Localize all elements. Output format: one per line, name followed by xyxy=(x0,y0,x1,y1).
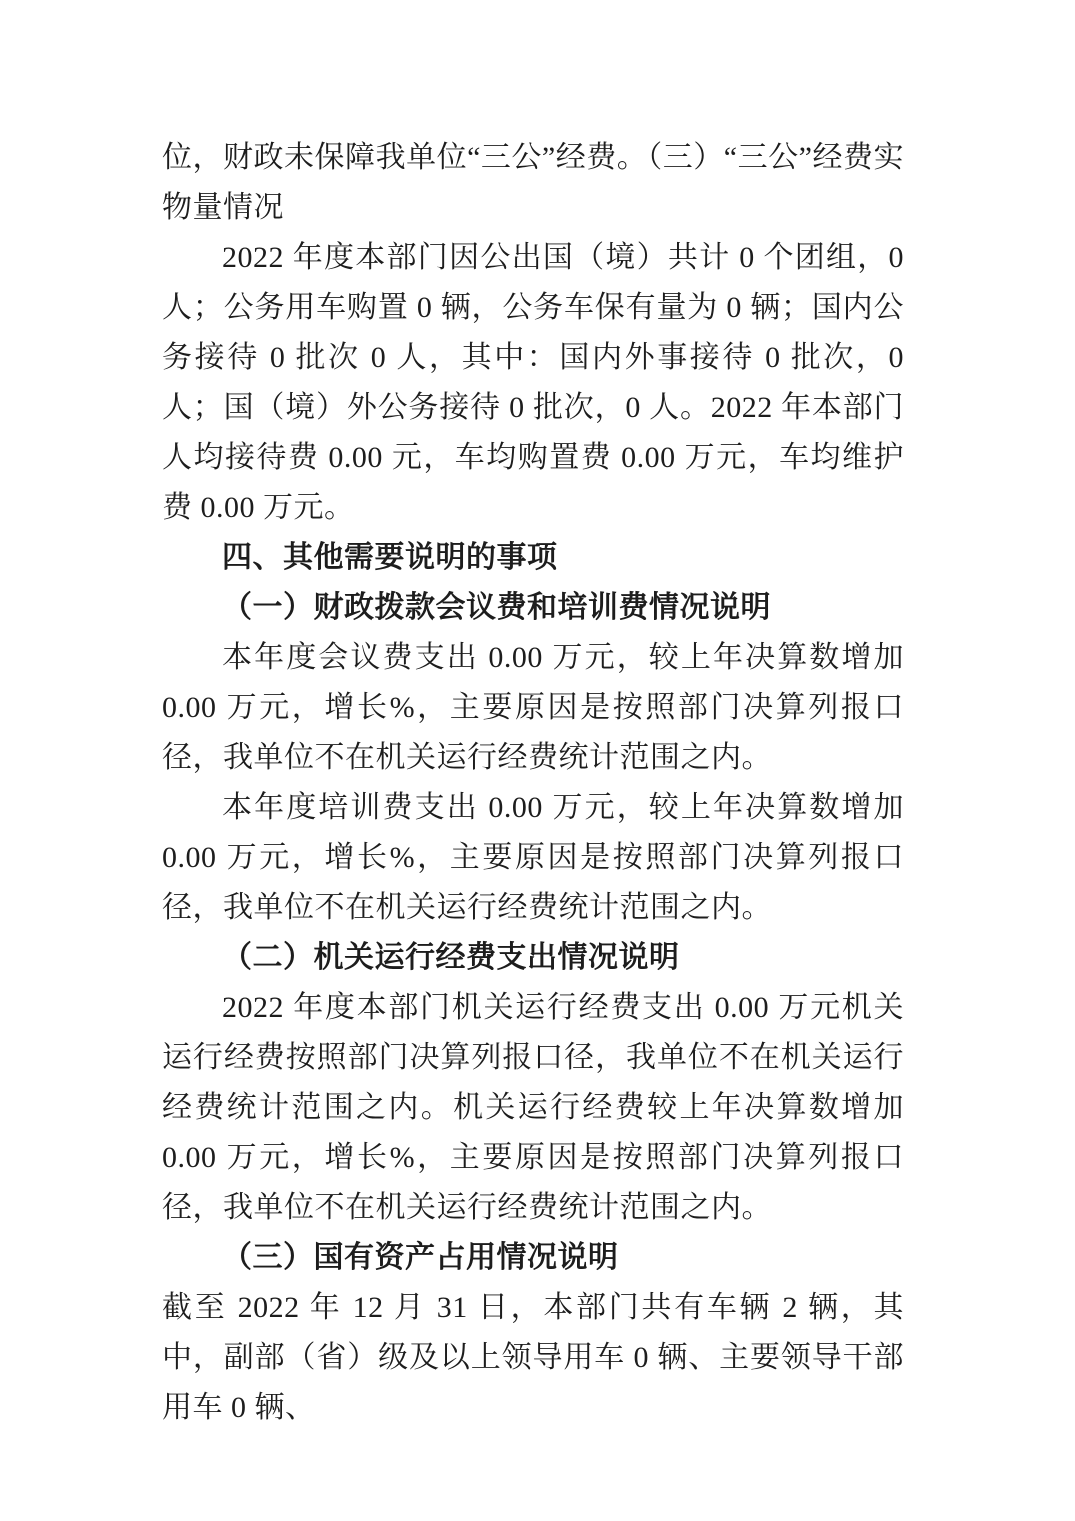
document-page: 位，财政未保障我单位“三公”经费。（三）“三公”经费实物量情况 2022 年度本… xyxy=(0,0,1075,1521)
subsection-heading-operating-expenses: （二）机关运行经费支出情况说明 xyxy=(162,933,904,983)
paragraph-state-assets-vehicles: 截至 2022 年 12 月 31 日，本部门共有车辆 2 辆，其中，副部（省）… xyxy=(162,1283,904,1433)
paragraph-three-public-continuation: 位，财政未保障我单位“三公”经费。（三）“三公”经费实物量情况 xyxy=(162,133,904,233)
paragraph-meeting-fee: 本年度会议费支出 0.00 万元，较上年决算数增加 0.00 万元，增长%，主要… xyxy=(162,633,904,783)
paragraph-training-fee: 本年度培训费支出 0.00 万元，较上年决算数增加 0.00 万元，增长%，主要… xyxy=(162,783,904,933)
section-heading-other-matters: 四、其他需要说明的事项 xyxy=(162,533,904,583)
subsection-heading-state-assets: （三）国有资产占用情况说明 xyxy=(162,1233,904,1283)
document-content: 位，财政未保障我单位“三公”经费。（三）“三公”经费实物量情况 2022 年度本… xyxy=(162,133,904,1433)
paragraph-three-public-physical-quantities: 2022 年度本部门因公出国（境）共计 0 个团组，0 人；公务用车购置 0 辆… xyxy=(162,233,904,533)
subsection-heading-meeting-training-fees: （一）财政拨款会议费和培训费情况说明 xyxy=(162,583,904,633)
paragraph-operating-expenses: 2022 年度本部门机关运行经费支出 0.00 万元机关运行经费按照部门决算列报… xyxy=(162,983,904,1233)
